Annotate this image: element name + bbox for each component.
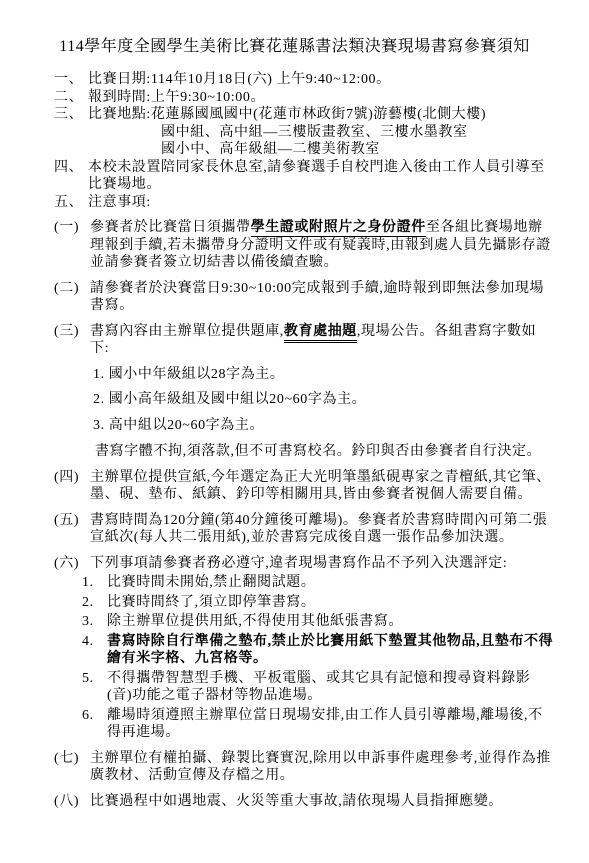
sub-item-number: 3. bbox=[93, 417, 105, 435]
sub-item-text: 比賽時間未開始,禁止翻閱試題。 bbox=[107, 574, 555, 592]
note-item: (一)參賽者於比賽當日須攜帶學生證或附照片之身份證件至各組比賽場地辦理報到手續,… bbox=[54, 219, 555, 272]
sub-item-text: 比賽時間終了,須立即停筆書寫。 bbox=[107, 594, 555, 612]
text-segment: 比賽過程中如遇地震、火災等重大事故,請依現場人員指揮應變。 bbox=[90, 794, 503, 809]
sub-item: 1.國小中年級組以28字為主。 bbox=[90, 366, 555, 384]
sub-item-text: 國小高年級組及國中組以20~60字為主。 bbox=[109, 391, 367, 409]
list-item-marker: 五、 bbox=[54, 194, 88, 212]
note-item: (七)主辦單位有權拍攝、錄製比賽實況,除用以申訴事件處理參考,並得作為推廣教材、… bbox=[54, 750, 555, 785]
main-numbered-list: 一、比賽日期:114年10月18日(六) 上午9:40~12:00。二、報到時間… bbox=[54, 71, 555, 211]
text-segment: 比賽日期:114年10月18日(六) 上午9:40~12:00。 bbox=[88, 72, 391, 87]
indented-subline: 國小中、高年級組—二樓美術教室 bbox=[88, 141, 555, 159]
sub-item: 4.書寫時除自行準備之墊布,禁止於比賽用紙下墊置其他物品,且墊布不得繪有米字格、… bbox=[82, 633, 555, 668]
note-item: (四)主辦單位提供宣紙,今年選定為正大光明筆墨紙硯專家之青檀紙,其它筆、墨、硯、… bbox=[54, 469, 555, 504]
sub-item-number: 1. bbox=[93, 366, 105, 384]
list-item-marker: 四、 bbox=[54, 159, 88, 177]
document-body: 一、比賽日期:114年10月18日(六) 上午9:40~12:00。二、報到時間… bbox=[0, 71, 589, 810]
sub-item-number: 5. bbox=[82, 670, 107, 705]
note-item: (二)請參賽者於決賽當日9:30~10:00完成報到手續,逾時報到即無法參加現場… bbox=[54, 280, 555, 315]
sub-item: 1.比賽時間未開始,禁止翻閱試題。 bbox=[82, 574, 555, 592]
note-item-content: 書寫內容由主辦單位提供題庫,教育處抽題,現場公告。各組書寫字數如下:1.國小中年… bbox=[90, 323, 555, 461]
text-segment: 書寫內容由主辦單位提供題庫, bbox=[90, 324, 284, 339]
note-item-marker: (八) bbox=[54, 793, 90, 811]
sub-item: 3.除主辦單位提供用紙,不得使用其他紙張書寫。 bbox=[82, 613, 555, 631]
emphasized-text: 教育處抽題 bbox=[284, 324, 357, 343]
list-item: 五、注意事項: bbox=[54, 194, 555, 212]
note-item-content: 請參賽者於決賽當日9:30~10:00完成報到手續,逾時報到即無法參加現場書寫。 bbox=[90, 280, 555, 315]
note-item: (八)比賽過程中如遇地震、火災等重大事故,請依現場人員指揮應變。 bbox=[54, 793, 555, 811]
sub-item: 2.國小高年級組及國中組以20~60字為主。 bbox=[90, 391, 555, 409]
sub-item-number: 4. bbox=[82, 633, 107, 668]
sub-item-text: 書寫時除自行準備之墊布,禁止於比賽用紙下墊置其他物品,且墊布不得繪有米字格、九宮… bbox=[107, 633, 555, 668]
text-segment: 報到時間:上午9:30~10:00。 bbox=[88, 90, 265, 105]
page-title: 114學年度全國學生美術比賽花蓮縣書法類決賽現場書寫參賽須知 bbox=[12, 33, 577, 56]
note-item: (五)書寫時間為120分鐘(第40分鐘後可離場)。參賽者於書寫時間內可第二張宣紙… bbox=[54, 512, 555, 547]
note-item-marker: (三) bbox=[54, 323, 90, 341]
sub-item-text: 除主辦單位提供用紙,不得使用其他紙張書寫。 bbox=[107, 613, 555, 631]
text-segment: 參賽者於比賽當日須攜帶 bbox=[90, 220, 251, 235]
note-item-content: 書寫時間為120分鐘(第40分鐘後可離場)。參賽者於書寫時間內可第二張宣紙次(每… bbox=[90, 512, 555, 547]
sub-item-text: 離場時須遵照主辦單位當日現場安排,由工作人員引導離場,離場後,不得再進場。 bbox=[107, 707, 555, 742]
sub-item-number: 6. bbox=[82, 707, 107, 742]
note-item-marker: (七) bbox=[54, 750, 90, 768]
note-item-content: 主辦單位有權拍攝、錄製比賽實況,除用以申訴事件處理參考,並得作為推廣教材、活動宣… bbox=[90, 750, 555, 785]
document-page: 114學年度全國學生美術比賽花蓮縣書法類決賽現場書寫參賽須知 一、比賽日期:11… bbox=[0, 0, 589, 863]
list-item-content: 比賽地點:花蓮縣國風國中(花蓮市林政街7號)游藝樓(北側大樓)國中組、高中組—三… bbox=[88, 106, 555, 159]
list-item-content: 注意事項: bbox=[88, 194, 555, 212]
note-item-content: 下列事項請參賽者務必遵守,違者現場書寫作品不予列入決選評定:1.比賽時間未開始,… bbox=[90, 555, 555, 742]
sub-item: 6.離場時須遵照主辦單位當日現場安排,由工作人員引導離場,離場後,不得再進場。 bbox=[82, 707, 555, 742]
text-segment: 主辦單位提供宣紙,今年選定為正大光明筆墨紙硯專家之青檀紙,其它筆、墨、硯、墊布、… bbox=[90, 470, 551, 503]
note-item-marker: (四) bbox=[54, 469, 90, 487]
sub-item-number: 1. bbox=[82, 574, 107, 592]
note-item-content: 比賽過程中如遇地震、火災等重大事故,請依現場人員指揮應變。 bbox=[90, 793, 555, 811]
list-item-marker: 三、 bbox=[54, 106, 88, 124]
list-item: 二、報到時間:上午9:30~10:00。 bbox=[54, 89, 555, 107]
sub-item-number: 2. bbox=[93, 391, 105, 409]
sub-item: 3.高中組以20~60字為主。 bbox=[90, 417, 555, 435]
text-segment: 本校未設置陪同家長休息室,請參賽選手自校門進入後由工作人員引導至比賽場地。 bbox=[88, 160, 545, 193]
note-item-content: 主辦單位提供宣紙,今年選定為正大光明筆墨紙硯專家之青檀紙,其它筆、墨、硯、墊布、… bbox=[90, 469, 555, 504]
sub-item-text: 國小中年級組以28字為主。 bbox=[109, 366, 285, 384]
list-item-content: 比賽日期:114年10月18日(六) 上午9:40~12:00。 bbox=[88, 71, 555, 89]
list-item: 三、比賽地點:花蓮縣國風國中(花蓮市林政街7號)游藝樓(北側大樓)國中組、高中組… bbox=[54, 106, 555, 159]
text-segment: 下列事項請參賽者務必遵守,違者現場書寫作品不予列入決選評定: bbox=[90, 556, 507, 571]
text-segment: 主辦單位有權拍攝、錄製比賽實況,除用以申訴事件處理參考,並得作為推廣教材、活動宣… bbox=[90, 751, 551, 784]
text-segment: 請參賽者於決賽當日9:30~10:00完成報到手續,逾時報到即無法參加現場書寫。 bbox=[90, 281, 544, 314]
note-item: (六)下列事項請參賽者務必遵守,違者現場書寫作品不予列入決選評定:1.比賽時間未… bbox=[54, 555, 555, 742]
sub-item: 5.不得攜帶智慧型手機、平板電腦、或其它具有記憶和搜尋資料錄影(音)功能之電子器… bbox=[82, 670, 555, 705]
note-item-marker: (六) bbox=[54, 555, 90, 573]
text-segment: 注意事項: bbox=[88, 195, 151, 210]
note-item-content: 參賽者於比賽當日須攜帶學生證或附照片之身份證件至各組比賽場地辦理報到手續,若未攜… bbox=[90, 219, 555, 272]
sub-item-text: 不得攜帶智慧型手機、平板電腦、或其它具有記憶和搜尋資料錄影(音)功能之電子器材等… bbox=[107, 670, 555, 705]
note-item-marker: (一) bbox=[54, 219, 90, 237]
note-item-marker: (二) bbox=[54, 280, 90, 298]
list-item-content: 報到時間:上午9:30~10:00。 bbox=[88, 89, 555, 107]
sub-item-number: 2. bbox=[82, 594, 107, 612]
tail-paragraph: 書寫字體不拘,須落款,但不可書寫校名。鈐印與否由參賽者自行決定。 bbox=[90, 443, 555, 461]
list-item-marker: 二、 bbox=[54, 89, 88, 107]
list-item-marker: 一、 bbox=[54, 71, 88, 89]
sub-item-text: 高中組以20~60字為主。 bbox=[109, 417, 264, 435]
list-item: 一、比賽日期:114年10月18日(六) 上午9:40~12:00。 bbox=[54, 71, 555, 89]
note-item: (三)書寫內容由主辦單位提供題庫,教育處抽題,現場公告。各組書寫字數如下:1.國… bbox=[54, 323, 555, 461]
text-segment: 比賽地點:花蓮縣國風國中(花蓮市林政街7號)游藝樓(北側大樓) bbox=[88, 107, 486, 122]
note-item-marker: (五) bbox=[54, 512, 90, 530]
sub-item: 2.比賽時間終了,須立即停筆書寫。 bbox=[82, 594, 555, 612]
list-item-content: 本校未設置陪同家長休息室,請參賽選手自校門進入後由工作人員引導至比賽場地。 bbox=[88, 159, 555, 194]
list-item: 四、本校未設置陪同家長休息室,請參賽選手自校門進入後由工作人員引導至比賽場地。 bbox=[54, 159, 555, 194]
text-segment: 書寫時間為120分鐘(第40分鐘後可離場)。參賽者於書寫時間內可第二張宣紙次(每… bbox=[90, 513, 547, 546]
indented-subline: 國中組、高中組—三樓版畫教室、三樓水墨教室 bbox=[88, 124, 555, 142]
emphasized-text: 學生證或附照片之身份證件 bbox=[251, 220, 426, 237]
notes-list: (一)參賽者於比賽當日須攜帶學生證或附照片之身份證件至各組比賽場地辦理報到手續,… bbox=[54, 219, 555, 810]
sub-item-number: 3. bbox=[82, 613, 107, 631]
